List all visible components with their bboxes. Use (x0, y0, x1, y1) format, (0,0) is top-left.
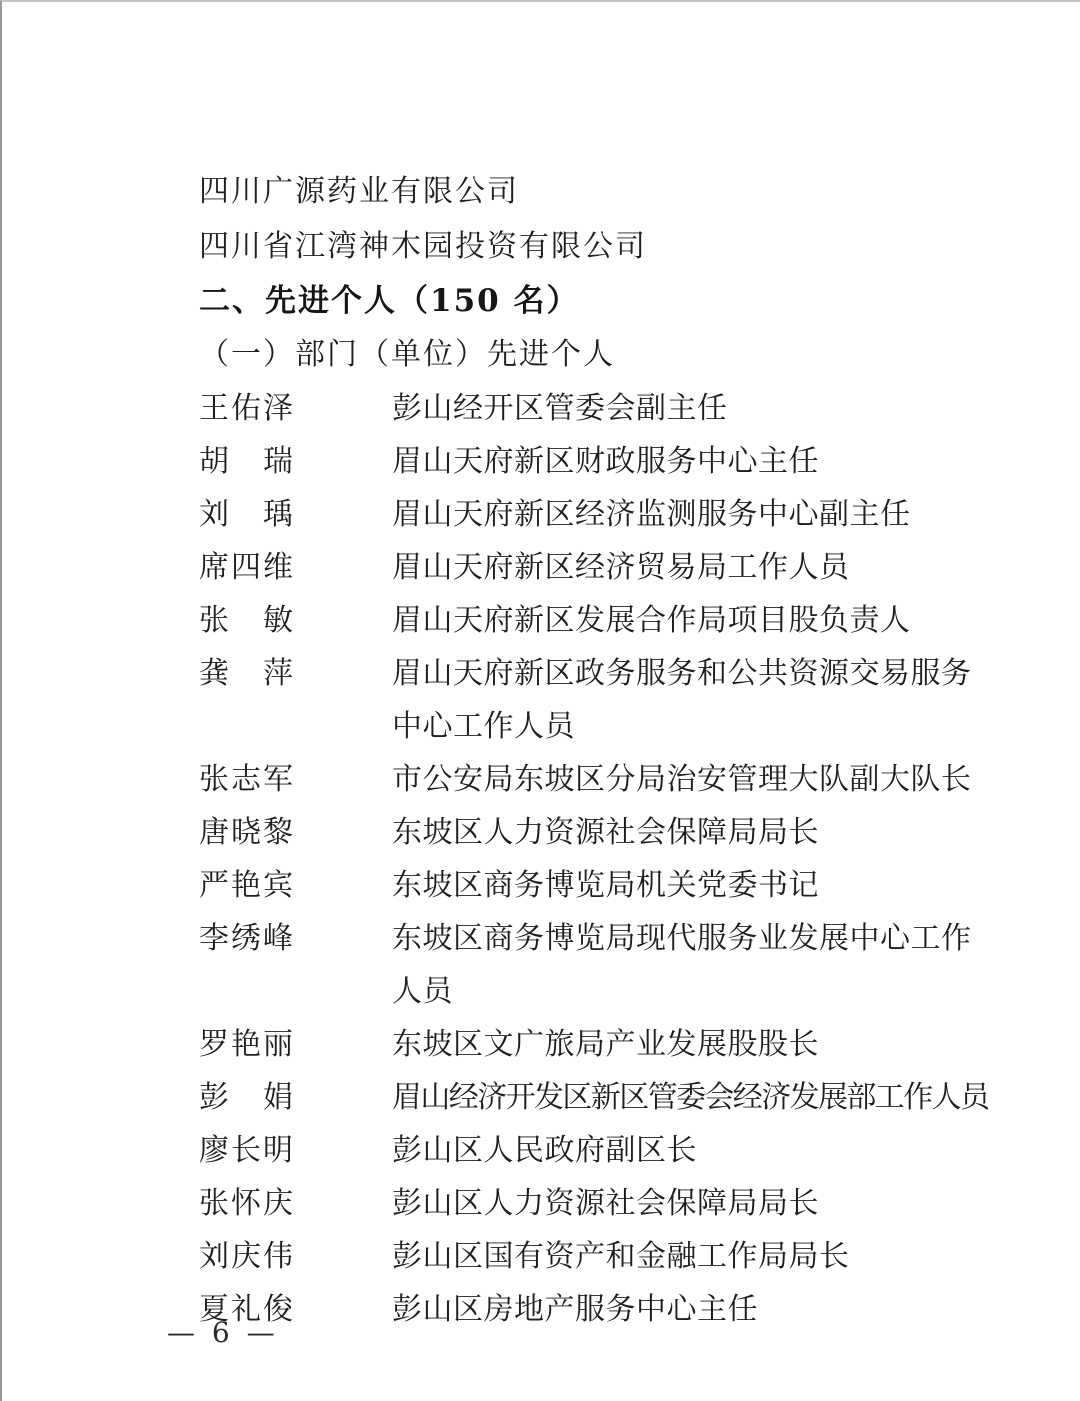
person-name: 彭 娟 (199, 1071, 392, 1124)
table-row: 张志军 市公安局东坡区分局治安管理大队副大队长 (199, 753, 999, 806)
person-title: 东坡区人力资源社会保障局局长 (392, 806, 980, 859)
table-row: 廖长明 彭山区人民政府副区长 (199, 1124, 999, 1177)
person-name: 王佑泽 (199, 382, 392, 435)
page-number: — 6 — (167, 1316, 279, 1350)
table-row: 席四维 眉山天府新区经济贸易局工作人员 (199, 541, 999, 594)
people-list: 王佑泽 彭山经开区管委会副主任 胡 瑞 眉山天府新区财政服务中心主任 刘 瑀 眉… (199, 382, 999, 1336)
table-row: 严艳宾 东坡区商务博览局机关党委书记 (199, 859, 999, 912)
person-title: 市公安局东坡区分局治安管理大队副大队长 (392, 753, 980, 806)
table-row: 刘庆伟 彭山区国有资产和金融工作局局长 (199, 1230, 999, 1283)
person-name: 刘庆伟 (199, 1230, 392, 1283)
person-title: 彭山区房地产服务中心主任 (392, 1283, 980, 1336)
person-name: 龚 萍 (199, 647, 392, 700)
section-heading: 二、先进个人（150 名） (199, 274, 999, 328)
document-content: 四川广源药业有限公司 四川省江湾神木园投资有限公司 二、先进个人（150 名） … (199, 164, 999, 1336)
table-row: 刘 瑀 眉山天府新区经济监测服务中心副主任 (199, 488, 999, 541)
person-title: 彭山区国有资产和金融工作局局长 (392, 1230, 980, 1283)
table-row: 夏礼俊 彭山区房地产服务中心主任 (199, 1283, 999, 1336)
person-title: 东坡区文广旅局产业发展股股长 (392, 1018, 980, 1071)
table-row: 龚 萍 眉山天府新区政务服务和公共资源交易服务中心工作人员 (199, 647, 999, 753)
person-title: 彭山经开区管委会副主任 (392, 382, 980, 435)
person-title: 眉山天府新区经济贸易局工作人员 (392, 541, 980, 594)
person-title: 眉山天府新区政务服务和公共资源交易服务中心工作人员 (392, 647, 980, 753)
company-name-line: 四川省江湾神木园投资有限公司 (199, 219, 999, 274)
person-name: 张志军 (199, 753, 392, 806)
person-name: 刘 瑀 (199, 488, 392, 541)
person-title: 彭山区人民政府副区长 (392, 1124, 980, 1177)
document-page: 四川广源药业有限公司 四川省江湾神木园投资有限公司 二、先进个人（150 名） … (0, 0, 1080, 1401)
person-name: 严艳宾 (199, 859, 392, 912)
person-title: 眉山天府新区经济监测服务中心副主任 (392, 488, 980, 541)
table-row: 唐晓黎 东坡区人力资源社会保障局局长 (199, 806, 999, 859)
person-title: 彭山区人力资源社会保障局局长 (392, 1177, 980, 1230)
person-title: 东坡区商务博览局现代服务业发展中心工作人员 (392, 912, 980, 1018)
person-name: 张怀庆 (199, 1177, 392, 1230)
table-row: 张怀庆 彭山区人力资源社会保障局局长 (199, 1177, 999, 1230)
table-row: 罗艳丽 东坡区文广旅局产业发展股股长 (199, 1018, 999, 1071)
table-row: 张 敏 眉山天府新区发展合作局项目股负责人 (199, 594, 999, 647)
person-title: 眉山经济开发区新区管委会经济发展部工作人员 (392, 1071, 988, 1124)
person-name: 罗艳丽 (199, 1018, 392, 1071)
company-list: 四川广源药业有限公司 四川省江湾神木园投资有限公司 (199, 164, 999, 274)
person-name: 胡 瑞 (199, 435, 392, 488)
table-row: 李绣峰 东坡区商务博览局现代服务业发展中心工作人员 (199, 912, 999, 1018)
table-row: 彭 娟 眉山经济开发区新区管委会经济发展部工作人员 (199, 1071, 999, 1124)
person-title: 眉山天府新区发展合作局项目股负责人 (392, 594, 980, 647)
table-row: 王佑泽 彭山经开区管委会副主任 (199, 382, 999, 435)
section-subheading: （一）部门（单位）先进个人 (199, 328, 999, 382)
table-row: 胡 瑞 眉山天府新区财政服务中心主任 (199, 435, 999, 488)
person-name: 张 敏 (199, 594, 392, 647)
person-title: 东坡区商务博览局机关党委书记 (392, 859, 980, 912)
person-name: 席四维 (199, 541, 392, 594)
person-title: 眉山天府新区财政服务中心主任 (392, 435, 980, 488)
company-name-line: 四川广源药业有限公司 (199, 164, 999, 219)
person-name: 唐晓黎 (199, 806, 392, 859)
person-name: 廖长明 (199, 1124, 392, 1177)
person-name: 李绣峰 (199, 912, 392, 965)
